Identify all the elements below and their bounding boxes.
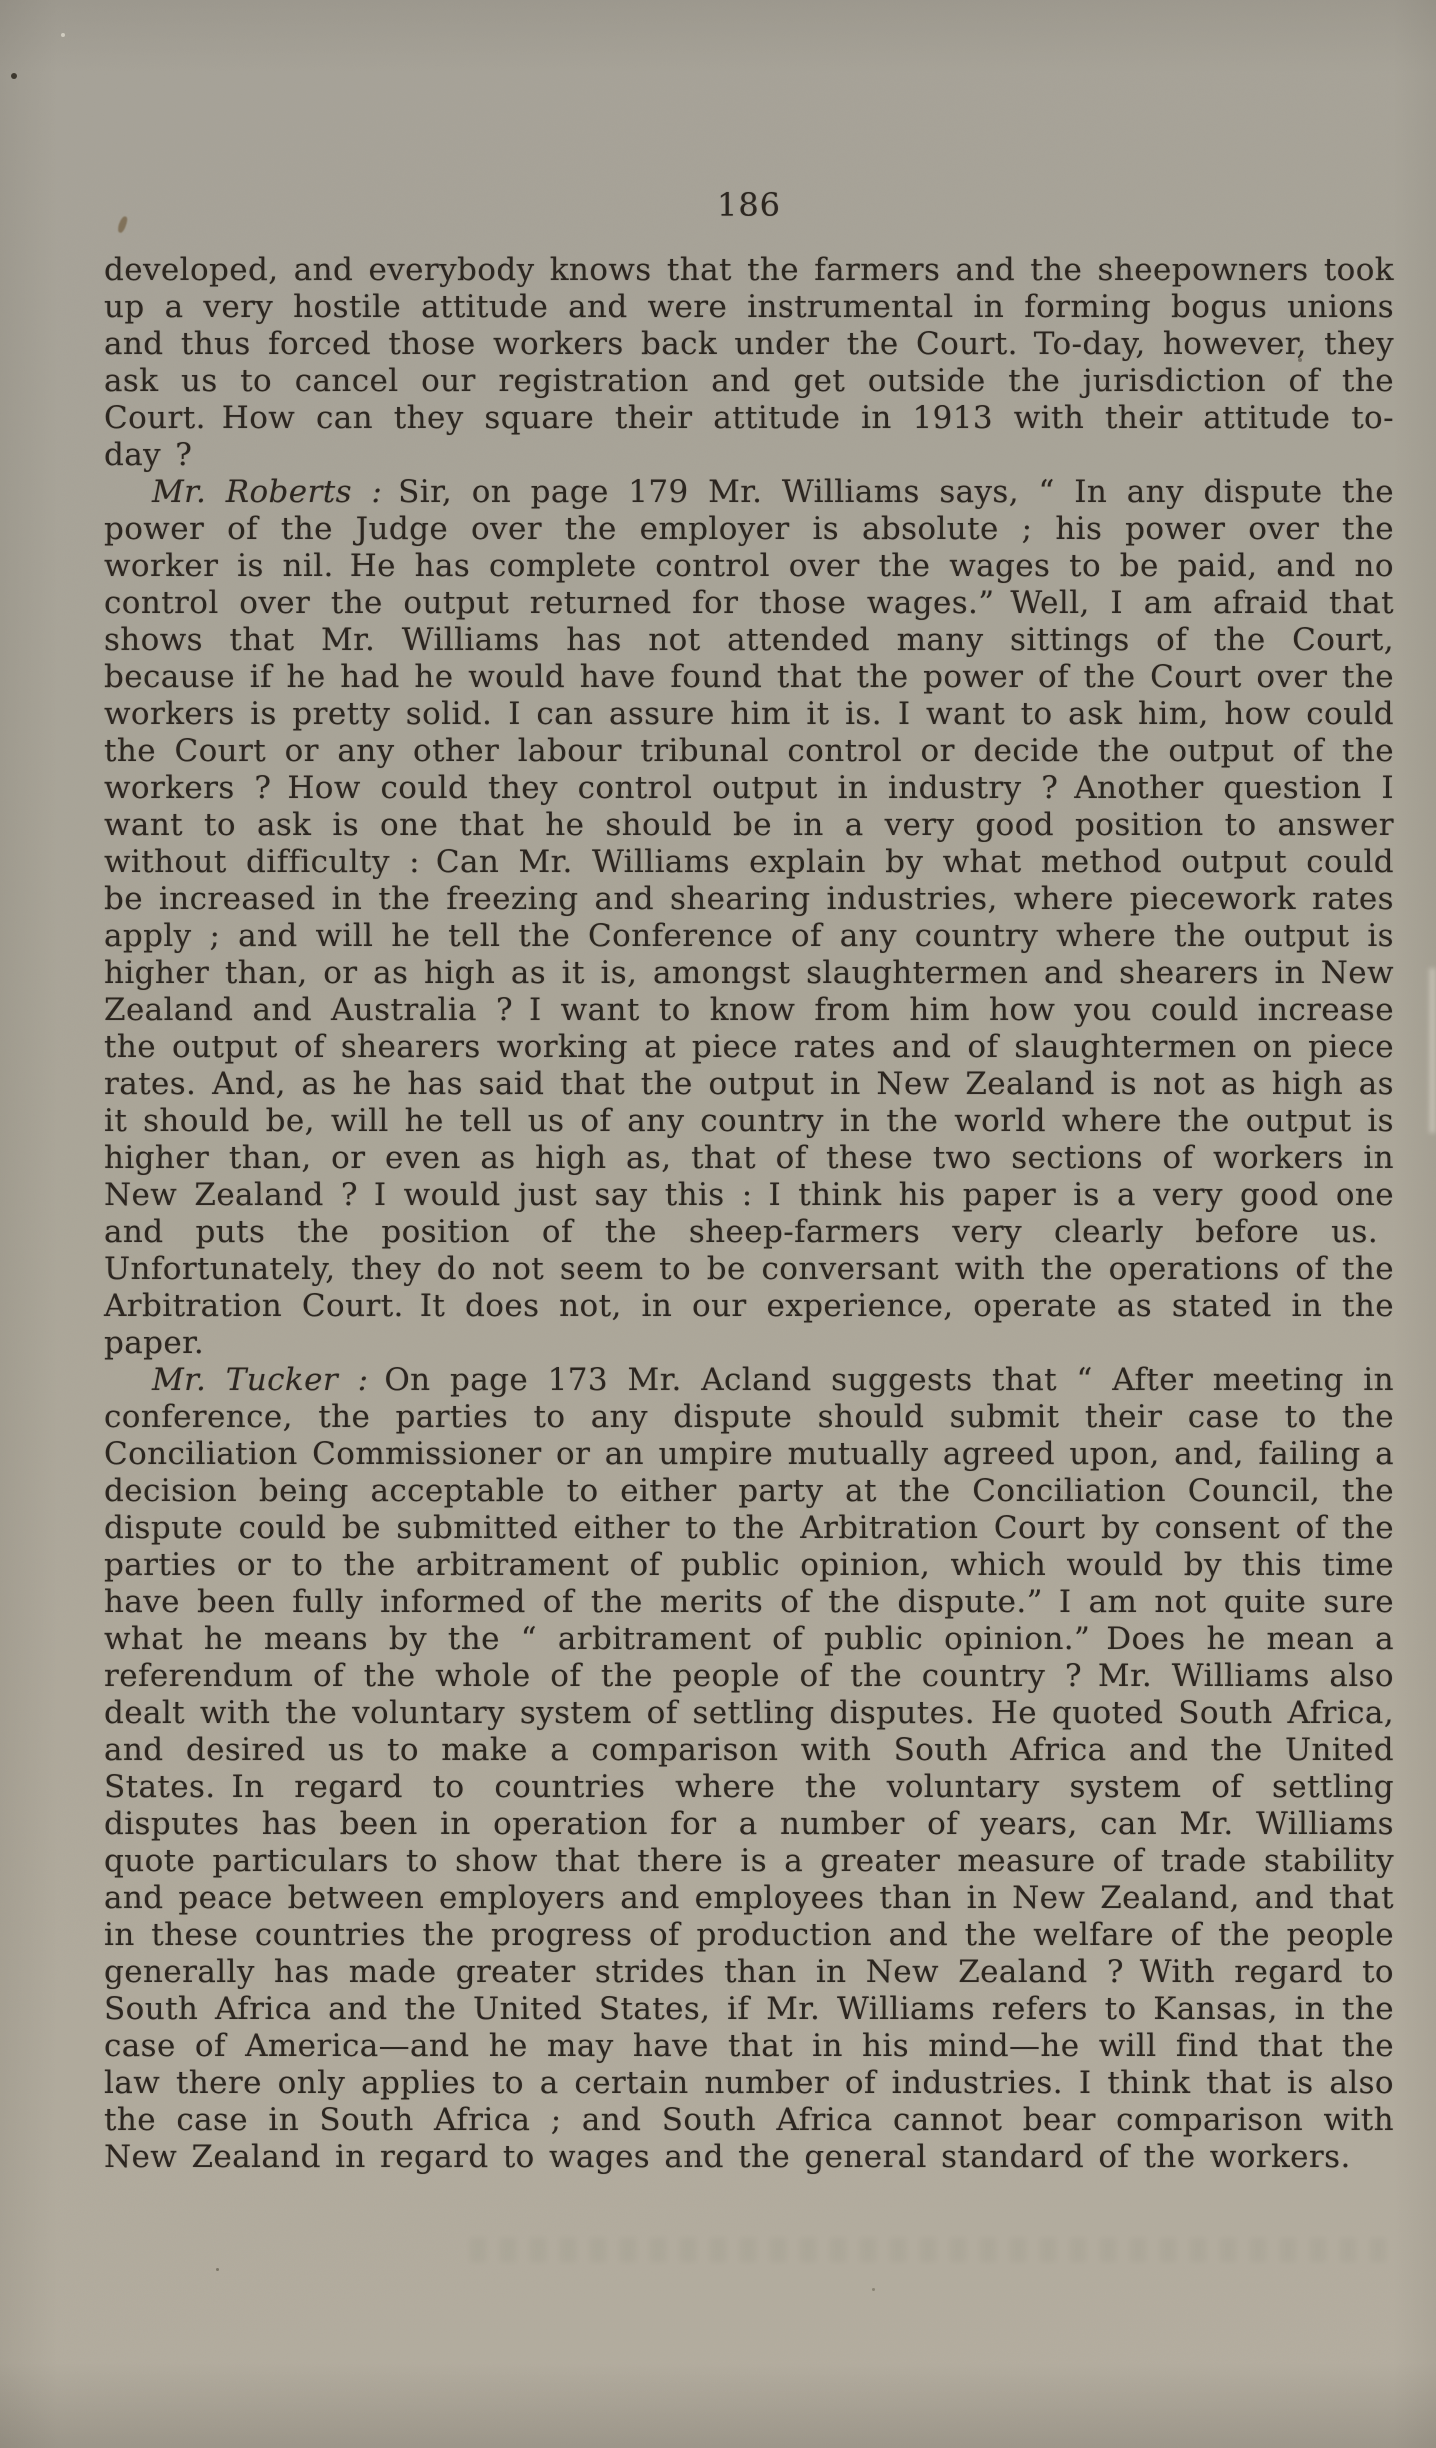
paragraph: Mr. Tucker : On page 173 Mr. Acland sugg… bbox=[104, 1362, 1394, 2176]
scanned-book-page: 186 developed, and everybody knows that … bbox=[0, 0, 1436, 2448]
paragraph: Mr. Roberts : Sir, on page 179 Mr. Willi… bbox=[104, 474, 1394, 1362]
paragraph: developed, and everybody knows that the … bbox=[104, 252, 1394, 474]
speaker-name: Mr. Tucker : bbox=[152, 1362, 368, 1398]
ink-bleedthrough-smudge bbox=[470, 2238, 1390, 2262]
page-text-block: developed, and everybody knows that the … bbox=[104, 252, 1394, 2176]
paper-fleck bbox=[61, 33, 65, 37]
ink-speck bbox=[216, 2268, 219, 2271]
ink-speck bbox=[872, 2288, 875, 2291]
speaker-name: Mr. Roberts : bbox=[152, 474, 382, 510]
ink-speck bbox=[11, 73, 17, 79]
page-number: 186 bbox=[104, 186, 1394, 224]
scan-edge-highlight bbox=[1429, 968, 1436, 1133]
